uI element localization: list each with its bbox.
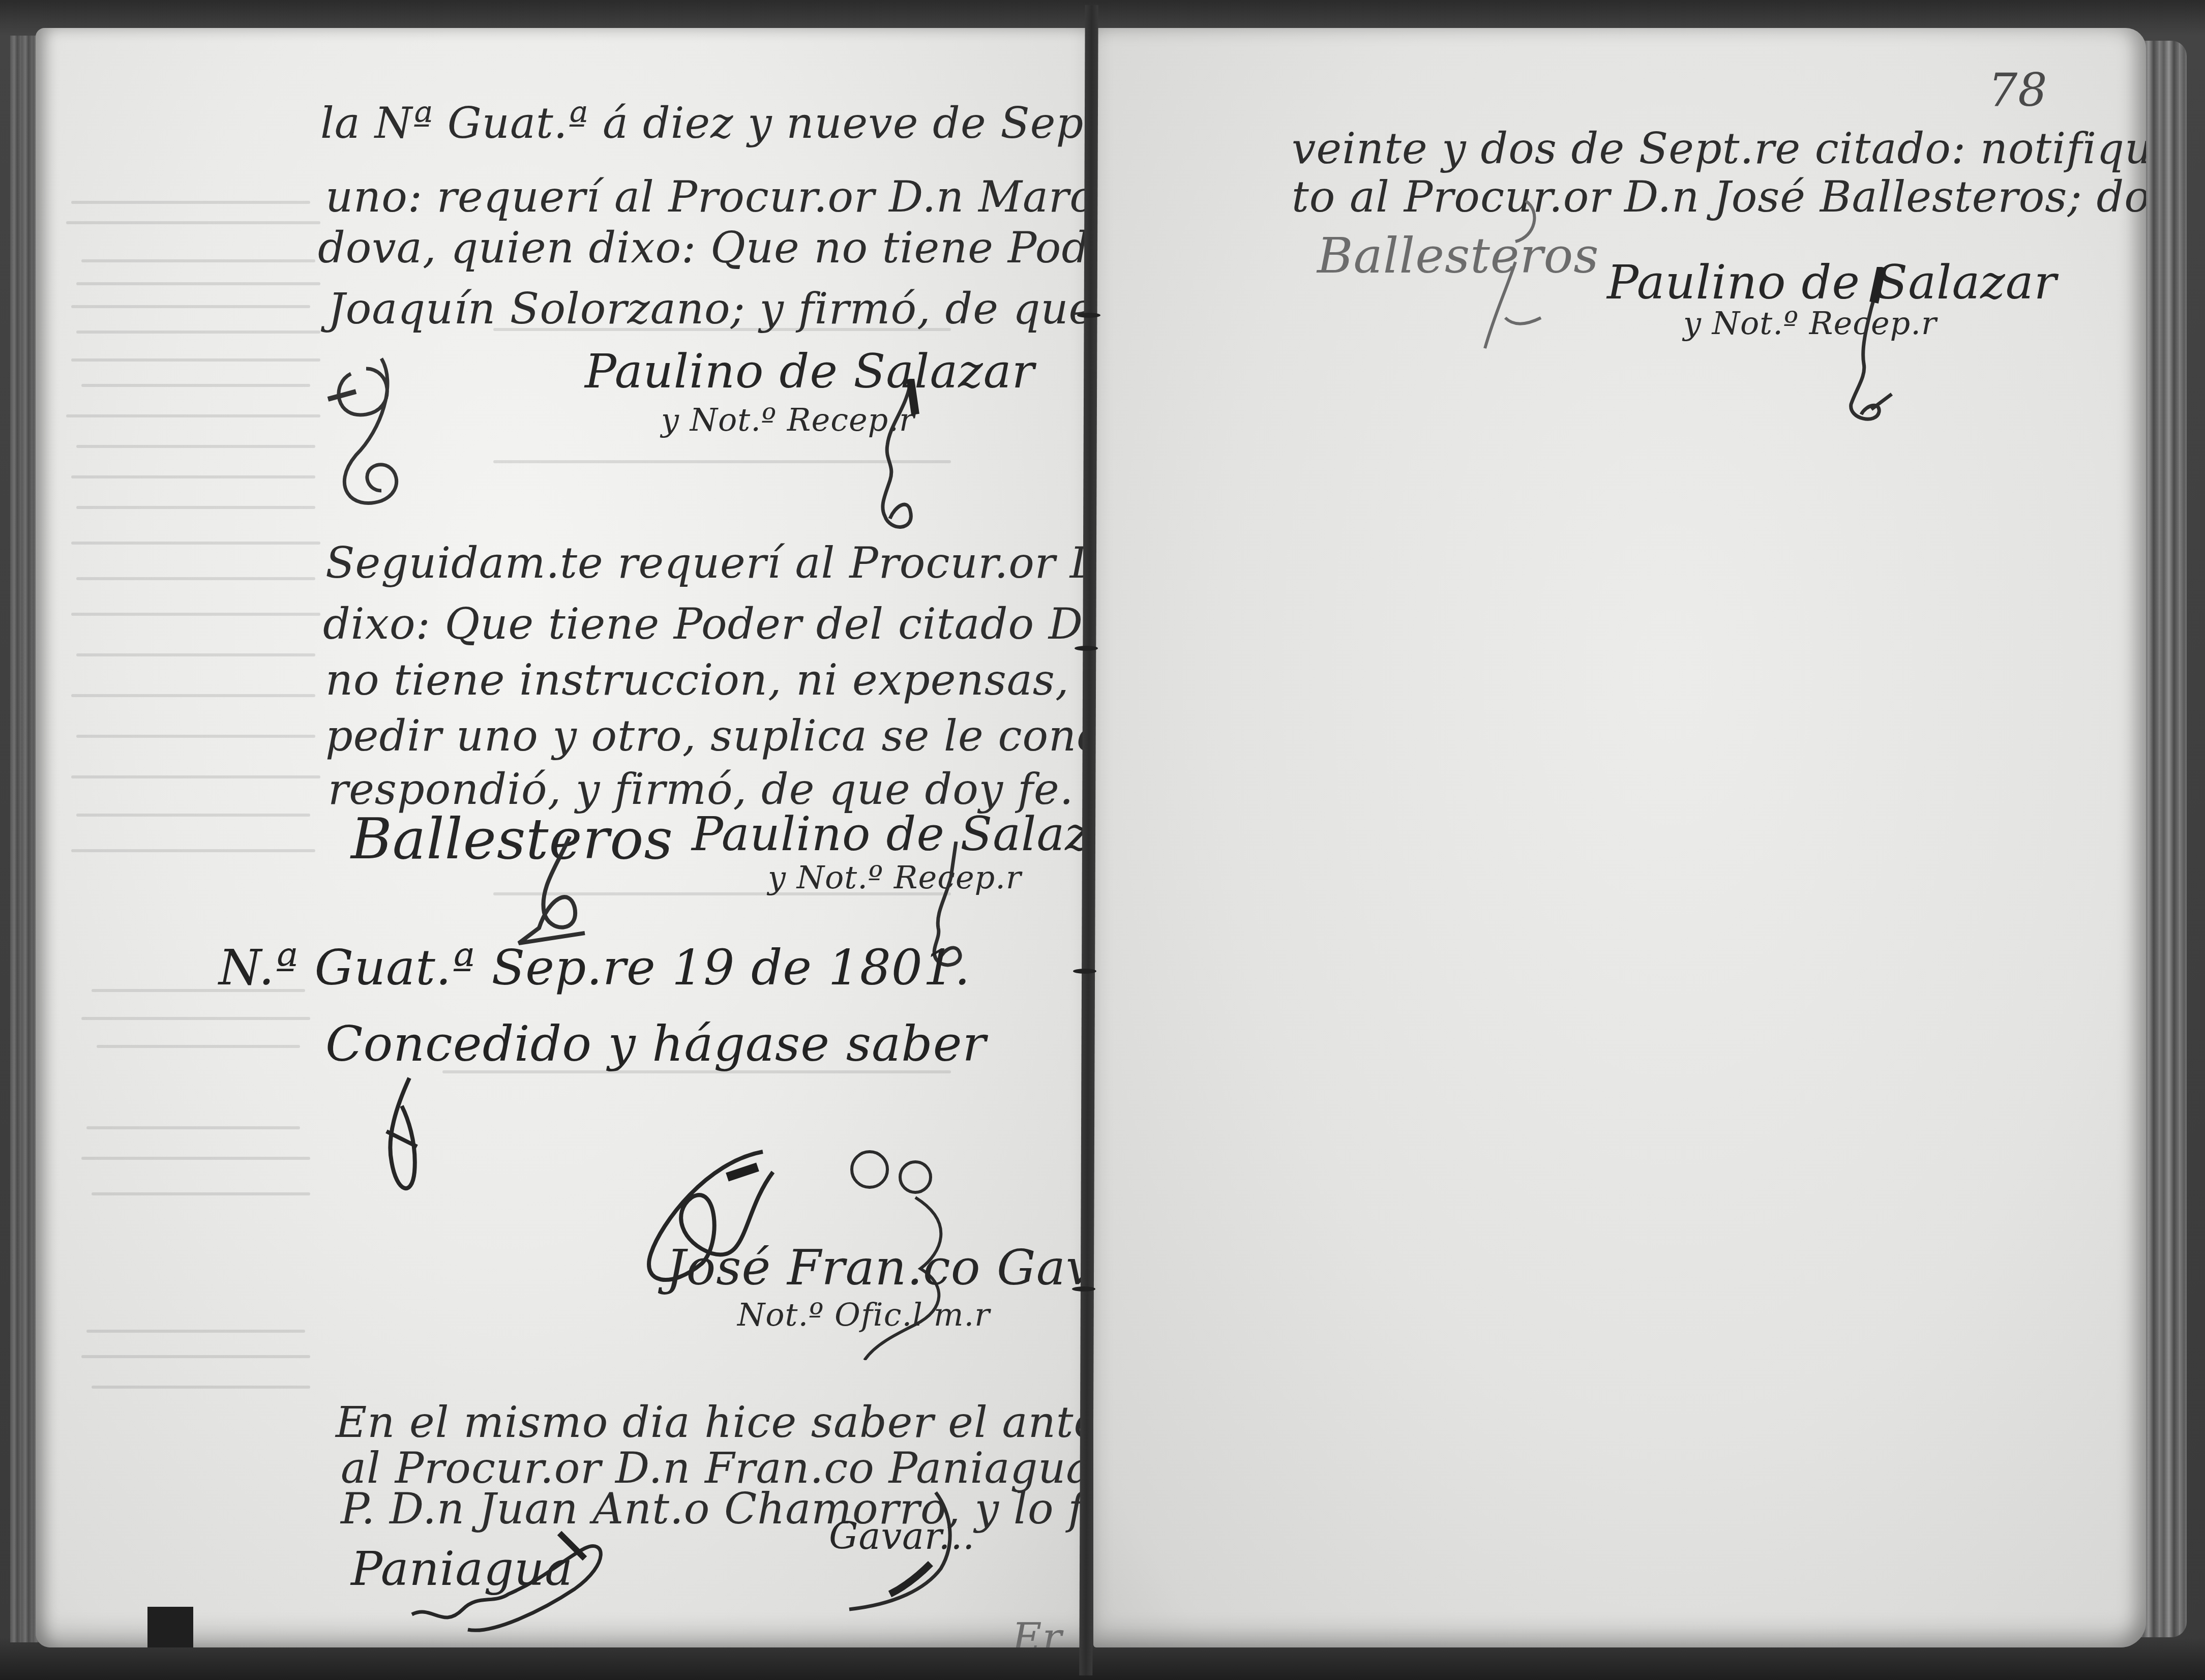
ballesteros-rubric-icon xyxy=(1465,191,1546,353)
entry-1-signature-salazar: Paulino de Salazar xyxy=(585,348,1035,395)
bleed-through-line xyxy=(97,1045,300,1048)
binding-stitch xyxy=(1073,969,1096,974)
right-entry-1-line-2: to al Procur.or D.n José Ballesteros; do… xyxy=(1292,175,2146,218)
entry-2-line-4: pedir uno y otro, suplica se le conceda … xyxy=(325,714,1091,757)
bleed-through-line xyxy=(76,331,320,334)
bleed-through-line xyxy=(81,1017,310,1020)
entry-3-line-3: P. D.n Juan Ant.o Chamorro, y lo firmó. xyxy=(341,1487,1091,1530)
bleed-through-line xyxy=(81,1157,310,1160)
bleed-through-line xyxy=(71,475,315,478)
bleed-through-line xyxy=(76,735,315,738)
entry-2-line-2: dixo: Que tiene Poder del citado D.n Joa… xyxy=(323,603,1091,645)
bleed-through-line xyxy=(71,775,320,778)
entry-2-line-1: Seguidam.te requerí al Procur.or D.n Jos… xyxy=(325,542,1091,584)
entry-2-signature-salazar: Paulino de Salazar xyxy=(692,811,1091,858)
right-page: 78 veinte y dos de Sept.re citado: notif… xyxy=(1093,28,2146,1647)
right-entry-1-line-1: veinte y dos de Sept.re citado: notifiqu… xyxy=(1292,127,2146,170)
ballesteros-rubric-icon xyxy=(509,831,610,948)
binding-stitch xyxy=(1077,313,1100,318)
bleed-through-line xyxy=(76,506,315,509)
bleed-through-line xyxy=(71,542,320,545)
salazar-rubric-icon xyxy=(1821,267,1902,435)
decree-rubric-icon xyxy=(366,1075,437,1208)
decree-heading: N.ª Guat.ª Sep.re 19 de 1801. xyxy=(219,943,971,992)
bleed-through-line xyxy=(76,445,315,448)
salazar-rubric-icon xyxy=(859,379,931,542)
entry-2-signature-title: y Not.º Recep.r xyxy=(768,862,1022,893)
bleed-through-line xyxy=(76,282,320,285)
bleed-through-line xyxy=(71,358,320,362)
bleed-through-line xyxy=(76,653,315,656)
entry-2-line-5: respondió, y firmó, de que doy fe. xyxy=(328,768,1074,811)
binding-stitch xyxy=(1075,646,1098,651)
entry-1-line-2: uno: requerí al Procur.or D.n Marcelo Ri… xyxy=(325,175,1091,218)
page-tab-marker xyxy=(147,1607,193,1647)
paniagua-rubric-icon xyxy=(392,1528,707,1645)
bleed-through-line xyxy=(71,694,315,697)
bleed-through-line xyxy=(81,259,315,262)
right-signature-ballesteros: Ballesteros xyxy=(1317,231,1599,280)
entry-1-line-1: la Nª Guat.ª á diez y nueve de Sept.re d… xyxy=(320,102,1091,144)
folio-number: 78 xyxy=(1988,64,2048,117)
bleed-through-line xyxy=(92,1386,310,1389)
bleed-through-line xyxy=(86,1330,305,1333)
decree-signature: José Fran.co Gavar... xyxy=(666,1243,1091,1292)
bleed-through-line xyxy=(81,1355,310,1358)
left-page: la Nª Guat.ª á diez y nueve de Sept.re d… xyxy=(36,28,1091,1647)
entry-2-line-3: no tiene instruccion, ni expensas, por l… xyxy=(325,658,1091,701)
entry-3-line-1: En el mismo dia hice saber el anterior d… xyxy=(336,1401,1091,1444)
bleed-through-line xyxy=(92,1192,310,1195)
margin-note: Er xyxy=(1012,1614,1062,1647)
entry-1-line-4: Joaquín Solorzano; y firmó, de que doy f… xyxy=(328,287,1091,330)
gavar-rubric-icon xyxy=(829,1482,971,1614)
bleed-through-line xyxy=(81,384,310,387)
bleed-through-line xyxy=(71,613,320,616)
entry-3-line-2: al Procur.or D.n Fran.co Paniagua, apode… xyxy=(341,1447,1091,1489)
bleed-through-line xyxy=(71,201,310,204)
rubric-flourish-icon xyxy=(320,338,473,521)
bleed-through-line xyxy=(66,221,320,224)
bleed-through-line xyxy=(76,577,315,580)
bleed-through-line xyxy=(86,1126,300,1129)
bleed-through-line xyxy=(71,849,315,852)
binding-stitch xyxy=(1072,1286,1095,1292)
entry-1-line-3: dova, quien dixo: Que no tiene Poder del… xyxy=(318,226,1091,269)
bleed-through-line xyxy=(76,814,310,817)
decree-text: Concedido y hágase saber xyxy=(325,1019,986,1068)
bleed-through-line xyxy=(71,305,310,308)
bleed-through-line xyxy=(66,414,320,417)
decree-signature-title: Not.º Ofic.l m.r xyxy=(737,1299,990,1331)
